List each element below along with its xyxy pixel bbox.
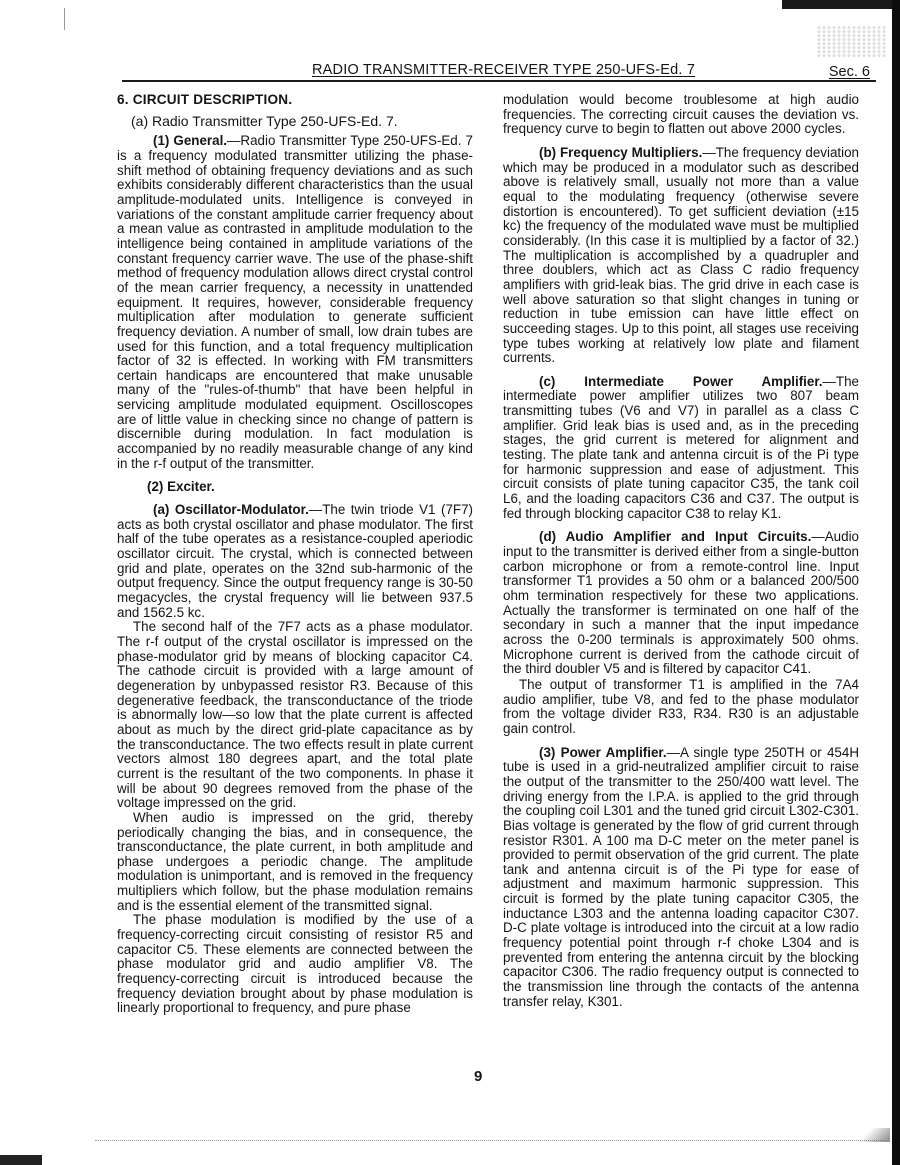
paragraph-power-amp: (3) Power Amplifier.—A single type 250TH…	[503, 746, 859, 1010]
scan-border-bottom	[0, 1155, 42, 1165]
running-header: RADIO TRANSMITTER-RECEIVER TYPE 250-UFS-…	[122, 60, 876, 82]
paragraph-oscillator: (a) Oscillator-Modulator.—The twin triod…	[117, 503, 473, 620]
paragraph-text: —The intermediate power amplifier utiliz…	[503, 374, 859, 521]
paragraph-text: —Radio Transmitter Type 250-UFS-Ed. 7 is…	[117, 133, 473, 470]
document-title: RADIO TRANSMITTER-RECEIVER TYPE 250-UFS-…	[312, 62, 695, 78]
paragraph-text: —The frequency deviation which may be pr…	[503, 145, 859, 365]
paragraph-continuation: modulation would become troublesome at h…	[503, 93, 859, 137]
paragraph-ipa: (c) Intermediate Power Amplifier.—The in…	[503, 375, 859, 522]
paragraph-label: (3) Power Amplifier.	[539, 745, 667, 760]
section-number: Sec. 6	[829, 64, 870, 80]
paragraph-audio-grid: When audio is impressed on the grid, the…	[117, 811, 473, 914]
paragraph-audio: (d) Audio Amplifier and Input Circuits.—…	[503, 530, 859, 677]
paragraph-label: (d) Audio Amplifier and Input Circuits.	[539, 529, 811, 544]
paragraph-text: —A single type 250TH or 454H tube is use…	[503, 745, 859, 1009]
section-heading: 6. CIRCUIT DESCRIPTION.	[117, 93, 473, 108]
paragraph-label: (c) Intermediate Power Amplifier.	[539, 374, 823, 389]
paragraph-label: (1) General.	[153, 133, 227, 148]
subsection-heading: (a) Radio Transmitter Type 250-UFS-Ed. 7…	[131, 114, 473, 129]
page-number: 9	[474, 1068, 482, 1085]
paragraph-t1-output: The output of transformer T1 is amplifie…	[503, 678, 859, 737]
scan-mark	[64, 8, 65, 30]
exciter-heading: (2) Exciter.	[147, 480, 473, 495]
paragraph-text: —Audio input to the transmitter is deriv…	[503, 529, 859, 676]
scan-smudge-corner	[850, 1128, 890, 1142]
scan-border-right	[892, 0, 900, 1165]
scan-speckle	[816, 26, 886, 58]
paragraph-second-half: The second half of the 7F7 acts as a pha…	[117, 620, 473, 811]
scan-smudge	[95, 1140, 885, 1141]
paragraph-multipliers: (b) Frequency Multipliers.—The frequency…	[503, 146, 859, 366]
paragraph-label: (a) Oscillator-Modulator.	[153, 502, 309, 517]
paragraph-text: —The twin triode V1 (7F7) acts as both c…	[117, 502, 473, 620]
paragraph-label: (b) Frequency Multipliers.	[539, 145, 702, 160]
left-column: 6. CIRCUIT DESCRIPTION. (a) Radio Transm…	[117, 93, 473, 1016]
scan-border-top	[782, 0, 892, 9]
right-column: modulation would become troublesome at h…	[503, 93, 859, 1009]
paragraph-phase-mod: The phase modulation is modified by the …	[117, 913, 473, 1016]
paragraph-general: (1) General.—Radio Transmitter Type 250-…	[117, 134, 473, 471]
